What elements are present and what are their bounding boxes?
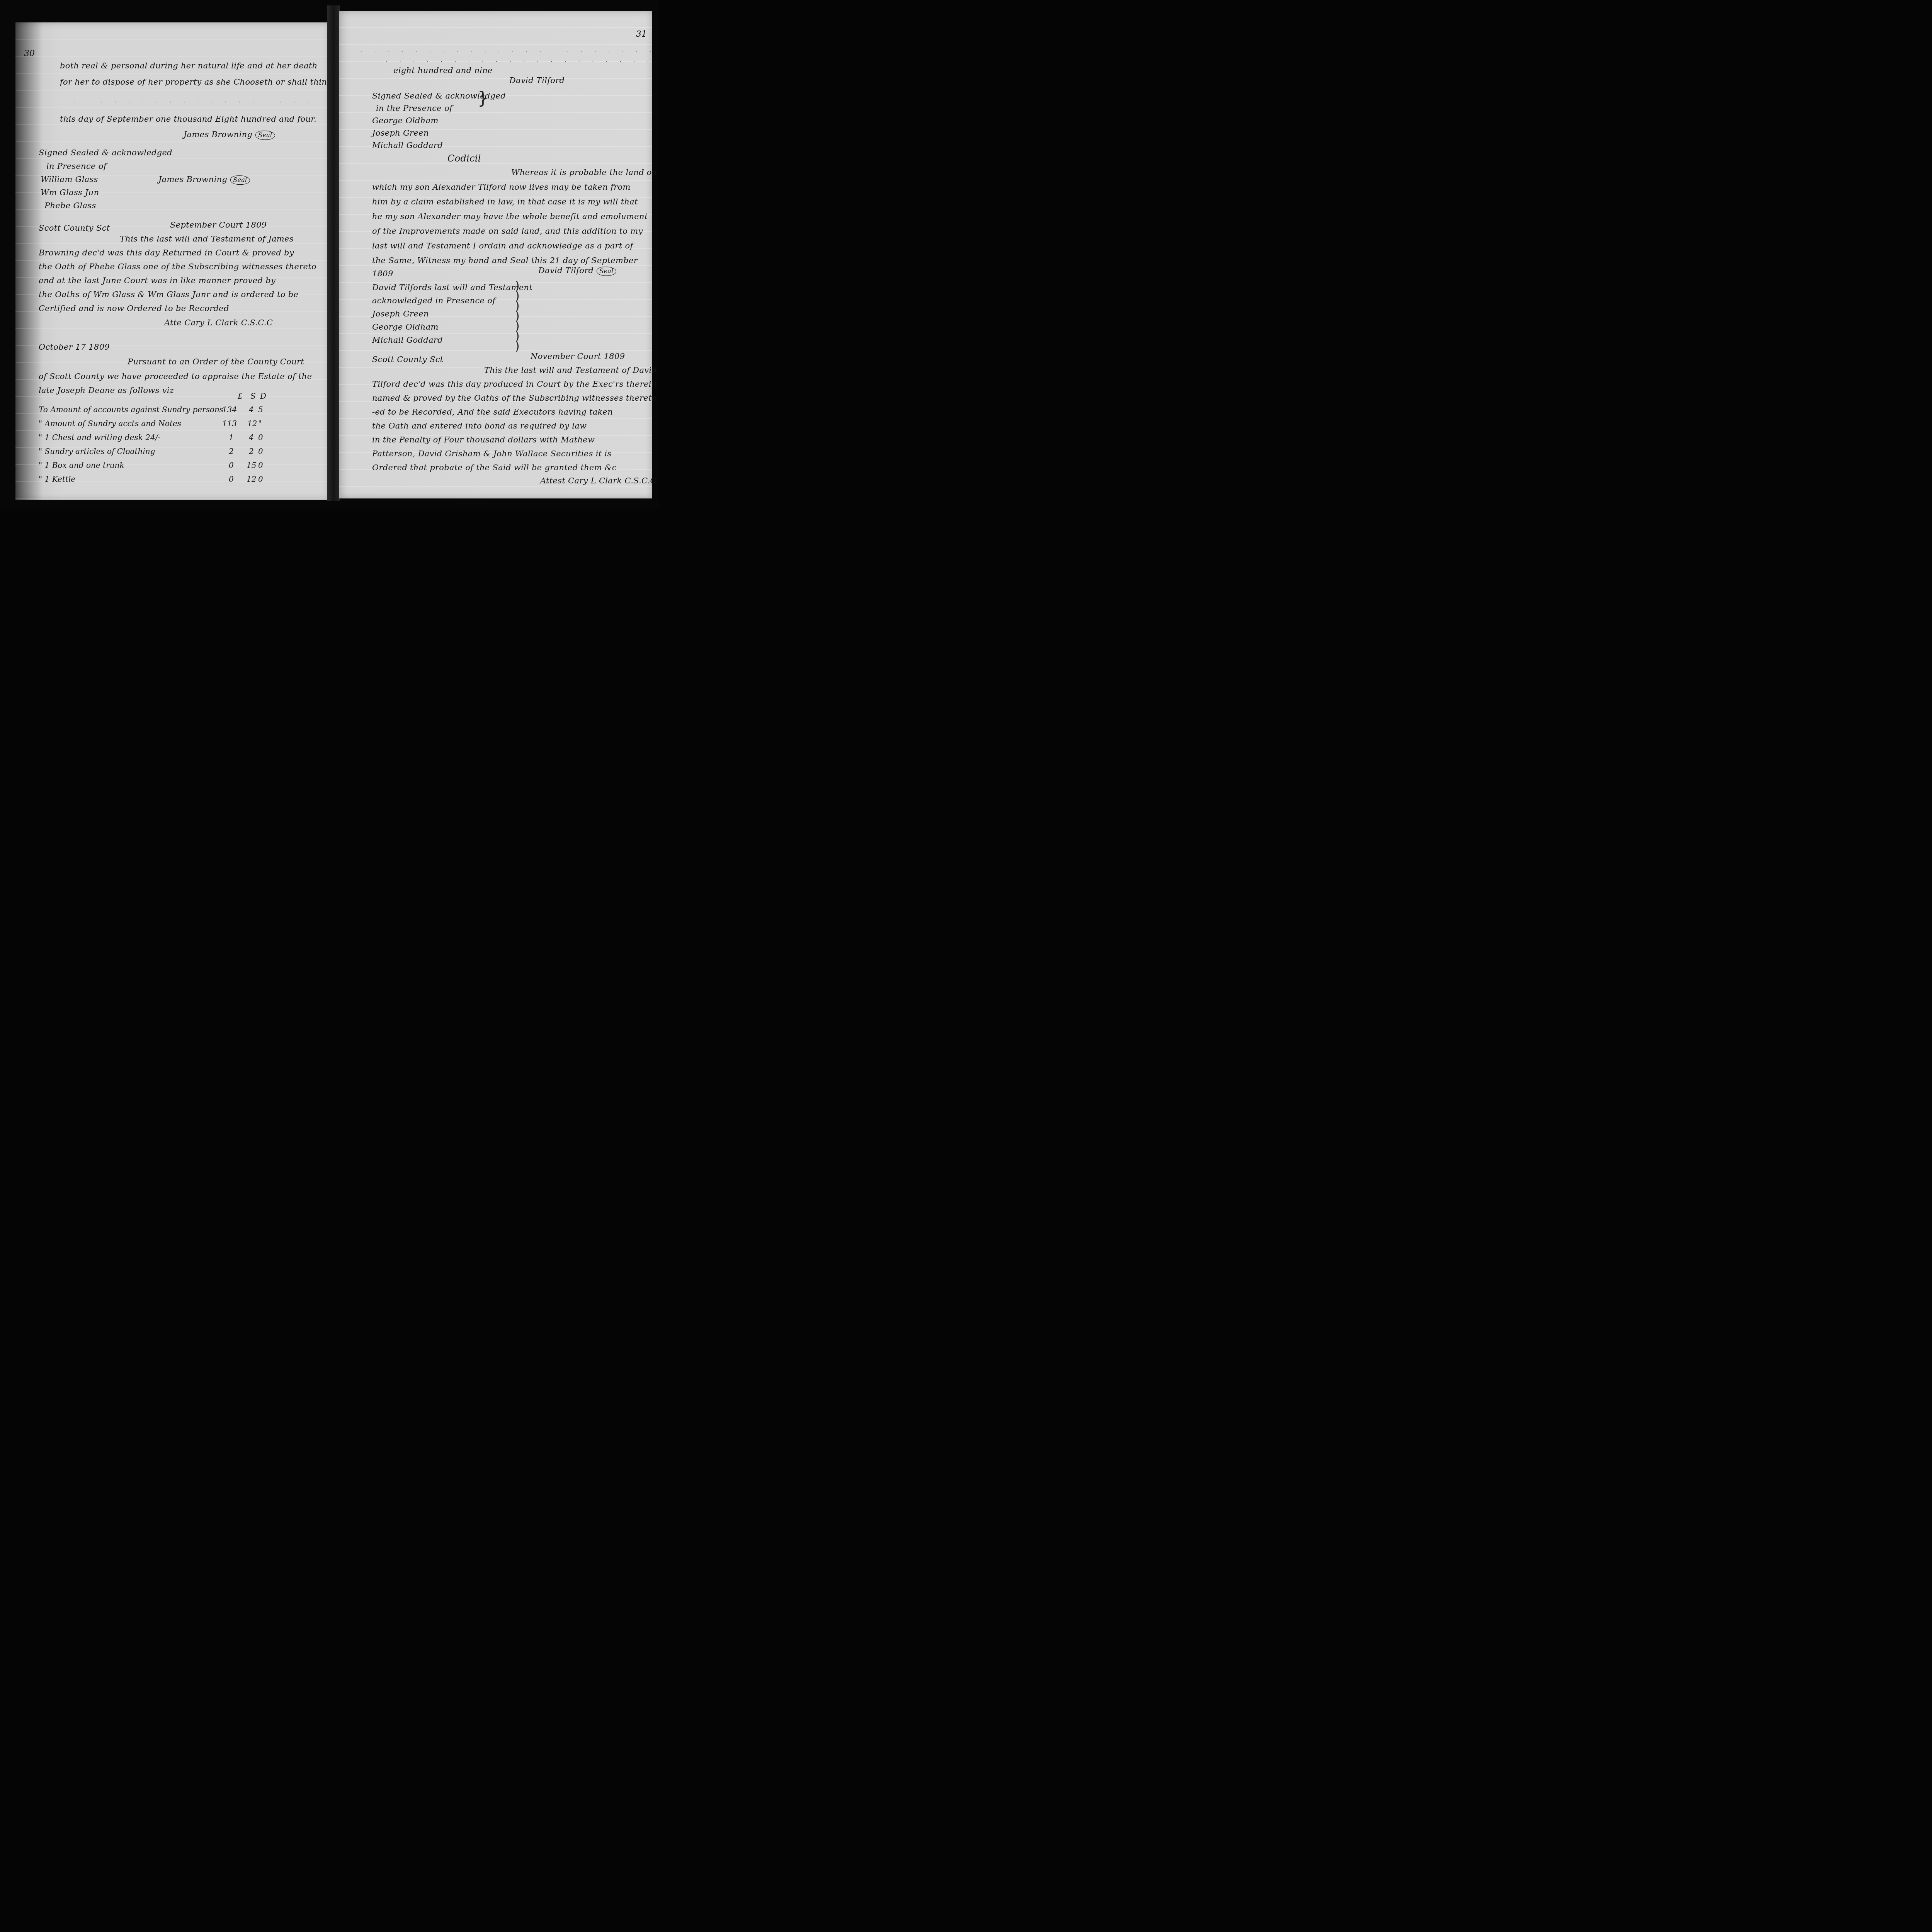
text-line: Pursuant to an Order of the County Court [128,357,304,366]
attestation-line: Signed Sealed & acknowledged [39,148,172,157]
row-prefix: " [39,447,42,456]
text-line: the Same, Witness my hand and Seal this … [372,256,638,265]
section-date: October 17 1809 [39,342,110,352]
text-line: the Oaths of Wm Glass & Wm Glass Junr an… [39,290,298,299]
column-header: £ [238,391,243,401]
table-row: " Sundry articles of Cloathing [39,447,155,456]
row-description: 1 Chest and writing desk 24/- [45,433,161,442]
section-heading: Scott County Sct [39,223,110,233]
court-date: November Court 1809 [531,352,625,361]
witness-name: William Glass [41,175,98,184]
seal-mark: Seal [597,267,616,276]
ruled-lines [15,22,329,500]
witness-name: Phebe Glass [44,201,96,210]
witness-name: Michall Goddard [372,335,443,345]
row-description: 1 Kettle [45,474,76,484]
shillings-cell: 12 [247,419,257,428]
pounds-cell: 2 [229,447,234,456]
text-line: of the Improvements made on said land, a… [372,226,643,236]
row-prefix: " [39,419,42,428]
attestation-line: in Presence of [46,162,107,171]
signature-name: David Tilford [538,266,594,275]
text-line: Tilford dec'd was this day produced in C… [372,379,657,389]
row-description: Amount of accounts against Sundry person… [50,405,223,414]
pounds-cell: 113 [222,419,237,428]
table-row: To Amount of accounts against Sundry per… [39,405,223,414]
dotted-leader: · · · · · · · · · · · · · · · · · · · · … [386,59,659,65]
text-line: last will and Testament I ordain and ack… [372,241,633,250]
table-row: " 1 Box and one trunk [39,461,124,470]
pounds-cell: 134 [222,405,237,414]
pence-cell: 5 [258,405,263,414]
text-line: late Joseph Deane as follows viz [39,386,174,395]
text-line: named & proved by the Oaths of the Subsc… [372,393,659,403]
table-row: " 1 Kettle [39,474,75,484]
shillings-cell: 15 [247,461,256,470]
text-line: Ordered that probate of the Said will be… [372,463,617,472]
shillings-cell: 4 [249,433,254,442]
text-line: this day of September one thousand Eight… [60,114,316,124]
row-prefix: To [39,405,48,414]
signature: James BrowningSeal [184,130,275,140]
signature-name: David Tilford [509,76,565,85]
text-line: eight hundred and nine [393,66,493,75]
clerk-attest: Atte Cary L Clark C.S.C.C [164,318,273,327]
shillings-cell: 4 [249,405,254,414]
witness-name: Joseph Green [372,128,429,138]
witness-name: Wm Glass Jun [41,188,99,197]
court-date: September Court 1809 [170,220,267,230]
witness-name: George Oldham [372,116,439,125]
seal-mark: Seal [255,131,275,140]
attestation-line: acknowledged in Presence of [372,296,495,305]
text-line: 1809 [372,269,393,278]
witness-name: George Oldham [372,322,439,332]
text-line: in the Penalty of Four thousand dollars … [372,435,595,444]
row-prefix: " [39,474,42,484]
text-line: Whereas it is probable the land on [511,168,657,177]
column-rule [246,384,246,461]
column-header: D [260,391,266,401]
clerk-attest: Attest Cary L Clark C.S.C.C [540,476,656,485]
left-page: 30 both real & personal during her natur… [15,22,329,500]
row-prefix: " [39,461,42,470]
column-header: S [250,391,256,401]
text-line: and at the last June Court was in like m… [39,276,276,285]
shillings-cell: 2 [249,447,254,456]
dotted-leader: · · · · · · · · · · · · · · · · · · · · … [361,49,659,55]
signature: David TilfordSeal [538,266,616,276]
text-line: -ed to be Recorded, And the said Executo… [372,407,613,417]
shillings-cell: 12 [247,474,256,484]
text-line: Browning dec'd was this day Returned in … [39,248,294,257]
right-page: 31 · · · · · · · · · · · · · · · · · · ·… [339,11,652,498]
row-prefix: " [39,433,42,442]
text-line: This the last will and Testament of Jame… [120,234,294,243]
row-description: Sundry articles of Cloathing [45,447,155,456]
signature-name: James Browning [158,175,227,184]
text-line: This the last will and Testament of Davi… [484,366,657,375]
text-line: which my son Alexander Tilford now lives… [372,182,631,192]
pounds-cell: 1 [229,433,234,442]
bracket-mark: } [478,90,488,107]
pence-cell: " [258,419,262,428]
signature-name: James Browning [184,130,252,139]
dotted-leader: · · · · · · · · · · · · · · · · · · · · … [73,100,369,105]
attestation-line: in the Presence of [376,104,452,113]
attestation-line: David Tilfords last will and Testament [372,283,532,292]
section-heading: Scott County Sct [372,355,443,364]
pence-cell: 0 [258,433,263,442]
text-line: the Oath and entered into bond as requir… [372,421,587,430]
book-gutter [327,5,340,501]
pence-cell: 0 [258,474,263,484]
text-line: of Scott County we have proceeded to app… [39,372,312,381]
text-line: him by a claim established in law, in th… [372,197,638,206]
signature: James BrowningSeal [158,175,250,185]
witness-name: Joseph Green [372,309,429,318]
text-line: both real & personal during her natural … [60,61,318,70]
row-description: 1 Box and one trunk [45,461,124,470]
text-line: Patterson, David Grisham & John Wallace … [372,449,612,458]
seal-mark: Seal [230,175,250,185]
row-description: Amount of Sundry accts and Notes [45,419,182,428]
text-line: Certified and is now Ordered to be Recor… [39,304,229,313]
text-line: for her to dispose of her property as sh… [60,77,344,87]
pence-cell: 0 [258,461,263,470]
witness-name: Michall Goddard [372,141,443,150]
text-line: he my son Alexander may have the whole b… [372,212,648,221]
pounds-cell: 0 [229,474,234,484]
table-row: " 1 Chest and writing desk 24/- [39,433,160,442]
page-number: 30 [24,49,35,58]
section-title: Codicil [447,153,481,164]
pence-cell: 0 [258,447,263,456]
table-row: " Amount of Sundry accts and Notes [39,419,181,428]
pounds-cell: 0 [229,461,234,470]
page-number: 31 [636,29,647,39]
bracket-mark: ) ) ) ) ) ) ) [515,281,520,352]
text-line: the Oath of Phebe Glass one of the Subsc… [39,262,316,271]
